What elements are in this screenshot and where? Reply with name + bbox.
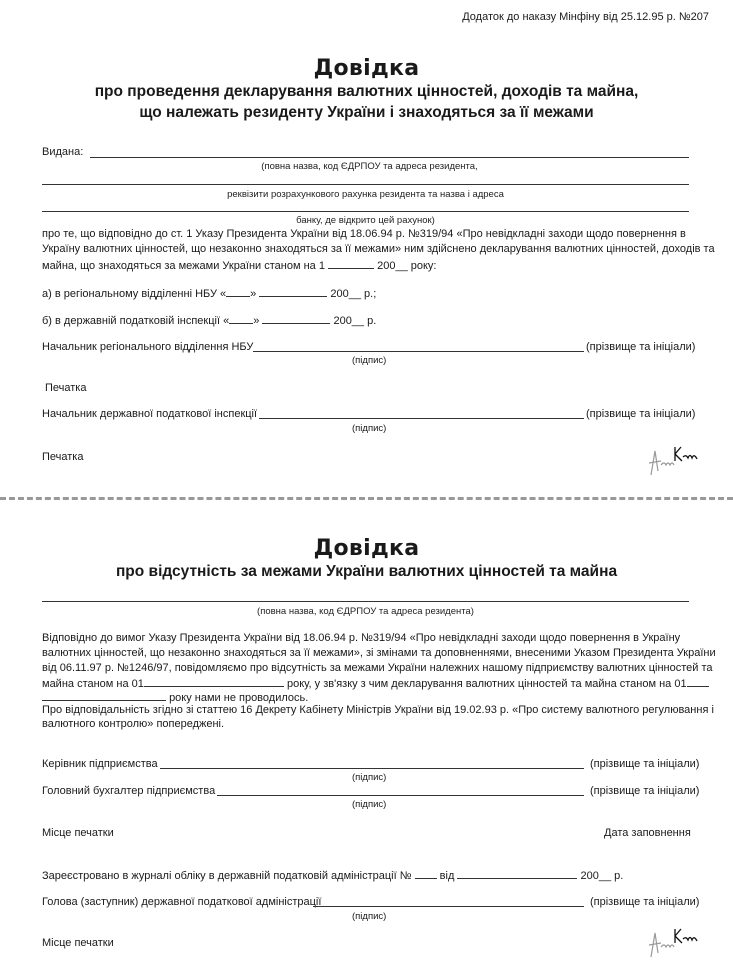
declaration-date-field-1[interactable] <box>687 676 709 687</box>
director-label: Керівник підприємства <box>42 758 158 770</box>
accountant-signature-note: (підпис) <box>352 799 386 810</box>
accountant-name-note: (прізвище та ініціали) <box>590 785 699 797</box>
form2-body-4: майна станом на 01 року, у зв'язку з чим… <box>42 676 709 690</box>
stamp-place-2: Місце печатки <box>42 937 114 949</box>
stamp-place-1: Місце печатки <box>42 827 114 839</box>
signature-mark-icon <box>645 922 705 962</box>
form2-body-3: від 06.11.97 р. №1246/97, повідомляємо п… <box>42 662 713 674</box>
form1-body-3b: 200__ року: <box>377 260 436 272</box>
registration-year: 200__ р. <box>581 870 624 882</box>
signature-mark-icon <box>645 441 705 479</box>
form2-title: Довідка <box>0 536 733 561</box>
form2-body-1: Відповідно до вимог Указу Президента Укр… <box>42 632 680 644</box>
item-a-month-field[interactable] <box>259 286 327 297</box>
registration-number-field[interactable] <box>415 868 437 879</box>
item-a-quote: » <box>250 288 256 300</box>
form1-body-3a: майна, що знаходяться за межами України … <box>42 260 325 272</box>
fill-date-label: Дата заповнення <box>604 827 691 839</box>
registration-from: від <box>440 870 455 882</box>
item-b-month-field[interactable] <box>262 313 330 324</box>
form1-subtitle-2: що належать резиденту України і знаходят… <box>0 104 733 122</box>
bank-field[interactable] <box>42 211 689 212</box>
form2-subtitle: про відсутність за межами України валютн… <box>0 563 733 581</box>
head-label: Голова (заступник) державної податкової … <box>42 896 321 908</box>
item-b-quote: » <box>253 315 259 327</box>
signer2-signature-field[interactable] <box>259 418 584 419</box>
form1-body-1: про те, що відповідно до ст. 1 Указу Пре… <box>42 228 686 240</box>
resident-field[interactable] <box>42 601 689 602</box>
form2-body-4b: року, у зв'язку з чим декларування валют… <box>287 678 687 690</box>
form2-body-2: валютних цінностей, що незаконно знаходя… <box>42 647 716 659</box>
head-name-note: (прізвище та ініціали) <box>590 896 699 908</box>
issued-note-2: реквізити розрахункового рахунка резиден… <box>42 189 689 200</box>
form2-body-6: Про відповідальність згідно зі статтею 1… <box>42 704 714 716</box>
signer2-name-note: (прізвище та ініціали) <box>586 408 695 420</box>
director-signature-field[interactable] <box>160 768 584 769</box>
appendix-note: Додаток до наказу Мінфіну від 25.12.95 р… <box>462 11 709 23</box>
form1-subtitle-1: про проведення декларування валютних цін… <box>0 83 733 101</box>
issued-label: Видана: <box>42 146 83 158</box>
director-name-note: (прізвище та ініціали) <box>590 758 699 770</box>
registration-line: Зареєстровано в журналі обліку в державн… <box>42 868 623 882</box>
item-b-label: б) в державній податковій інспекції « <box>42 315 229 327</box>
issued-to-field[interactable] <box>90 157 689 158</box>
director-signature-note: (підпис) <box>352 772 386 783</box>
form2-body-5-text: року нами не проводилось. <box>169 692 308 704</box>
registration-date-field[interactable] <box>457 868 577 879</box>
form2-body-5: року нами не проводилось. <box>42 690 308 704</box>
form1-title: Довідка <box>0 56 733 81</box>
declaration-month-field[interactable] <box>328 258 374 269</box>
form1-body-3: майна, що знаходяться за межами України … <box>42 258 436 272</box>
item-b: б) в державній податковій інспекції «» 2… <box>42 313 376 327</box>
registration-label: Зареєстровано в журналі обліку в державн… <box>42 870 412 882</box>
item-b-end: 200__ р. <box>333 315 376 327</box>
signer1-signature-field[interactable] <box>253 351 584 352</box>
cut-line <box>0 497 733 500</box>
stamp2-label: Печатка <box>42 451 83 463</box>
absence-date-field[interactable] <box>144 676 284 687</box>
issued-note-1: (повна назва, код ЄДРПОУ та адреса резид… <box>90 161 649 172</box>
item-b-day-field[interactable] <box>229 313 253 324</box>
item-a-end: 200__ р.; <box>330 288 376 300</box>
item-a: а) в регіональному відділенні НБУ «» 200… <box>42 286 376 300</box>
signer1-label: Начальник регіонального відділення НБУ <box>42 341 253 353</box>
accountant-signature-field[interactable] <box>217 795 584 796</box>
resident-note: (повна назва, код ЄДРПОУ та адреса резид… <box>42 606 689 617</box>
signer2-label: Начальник державної податкової інспекції <box>42 408 257 420</box>
accountant-label: Головний бухгалтер підприємства <box>42 785 215 797</box>
account-field[interactable] <box>42 184 689 185</box>
head-signature-field[interactable] <box>313 906 584 907</box>
issued-note-3: банку, де відкрито цей рахунок) <box>42 215 689 226</box>
item-a-day-field[interactable] <box>226 286 250 297</box>
form2-body-7: валютного контролю» попереджені. <box>42 718 224 730</box>
signer1-signature-note: (підпис) <box>352 355 386 366</box>
form1-body-2: Україну валютних цінностей, що незаконно… <box>42 243 715 255</box>
stamp1-label: Печатка <box>45 382 86 394</box>
signer2-signature-note: (підпис) <box>352 423 386 434</box>
item-a-label: а) в регіональному відділенні НБУ « <box>42 288 226 300</box>
head-signature-note: (підпис) <box>352 911 386 922</box>
form2-body-4a: майна станом на 01 <box>42 678 144 690</box>
signer1-name-note: (прізвище та ініціали) <box>586 341 695 353</box>
declaration-date-field-2[interactable] <box>42 690 166 701</box>
